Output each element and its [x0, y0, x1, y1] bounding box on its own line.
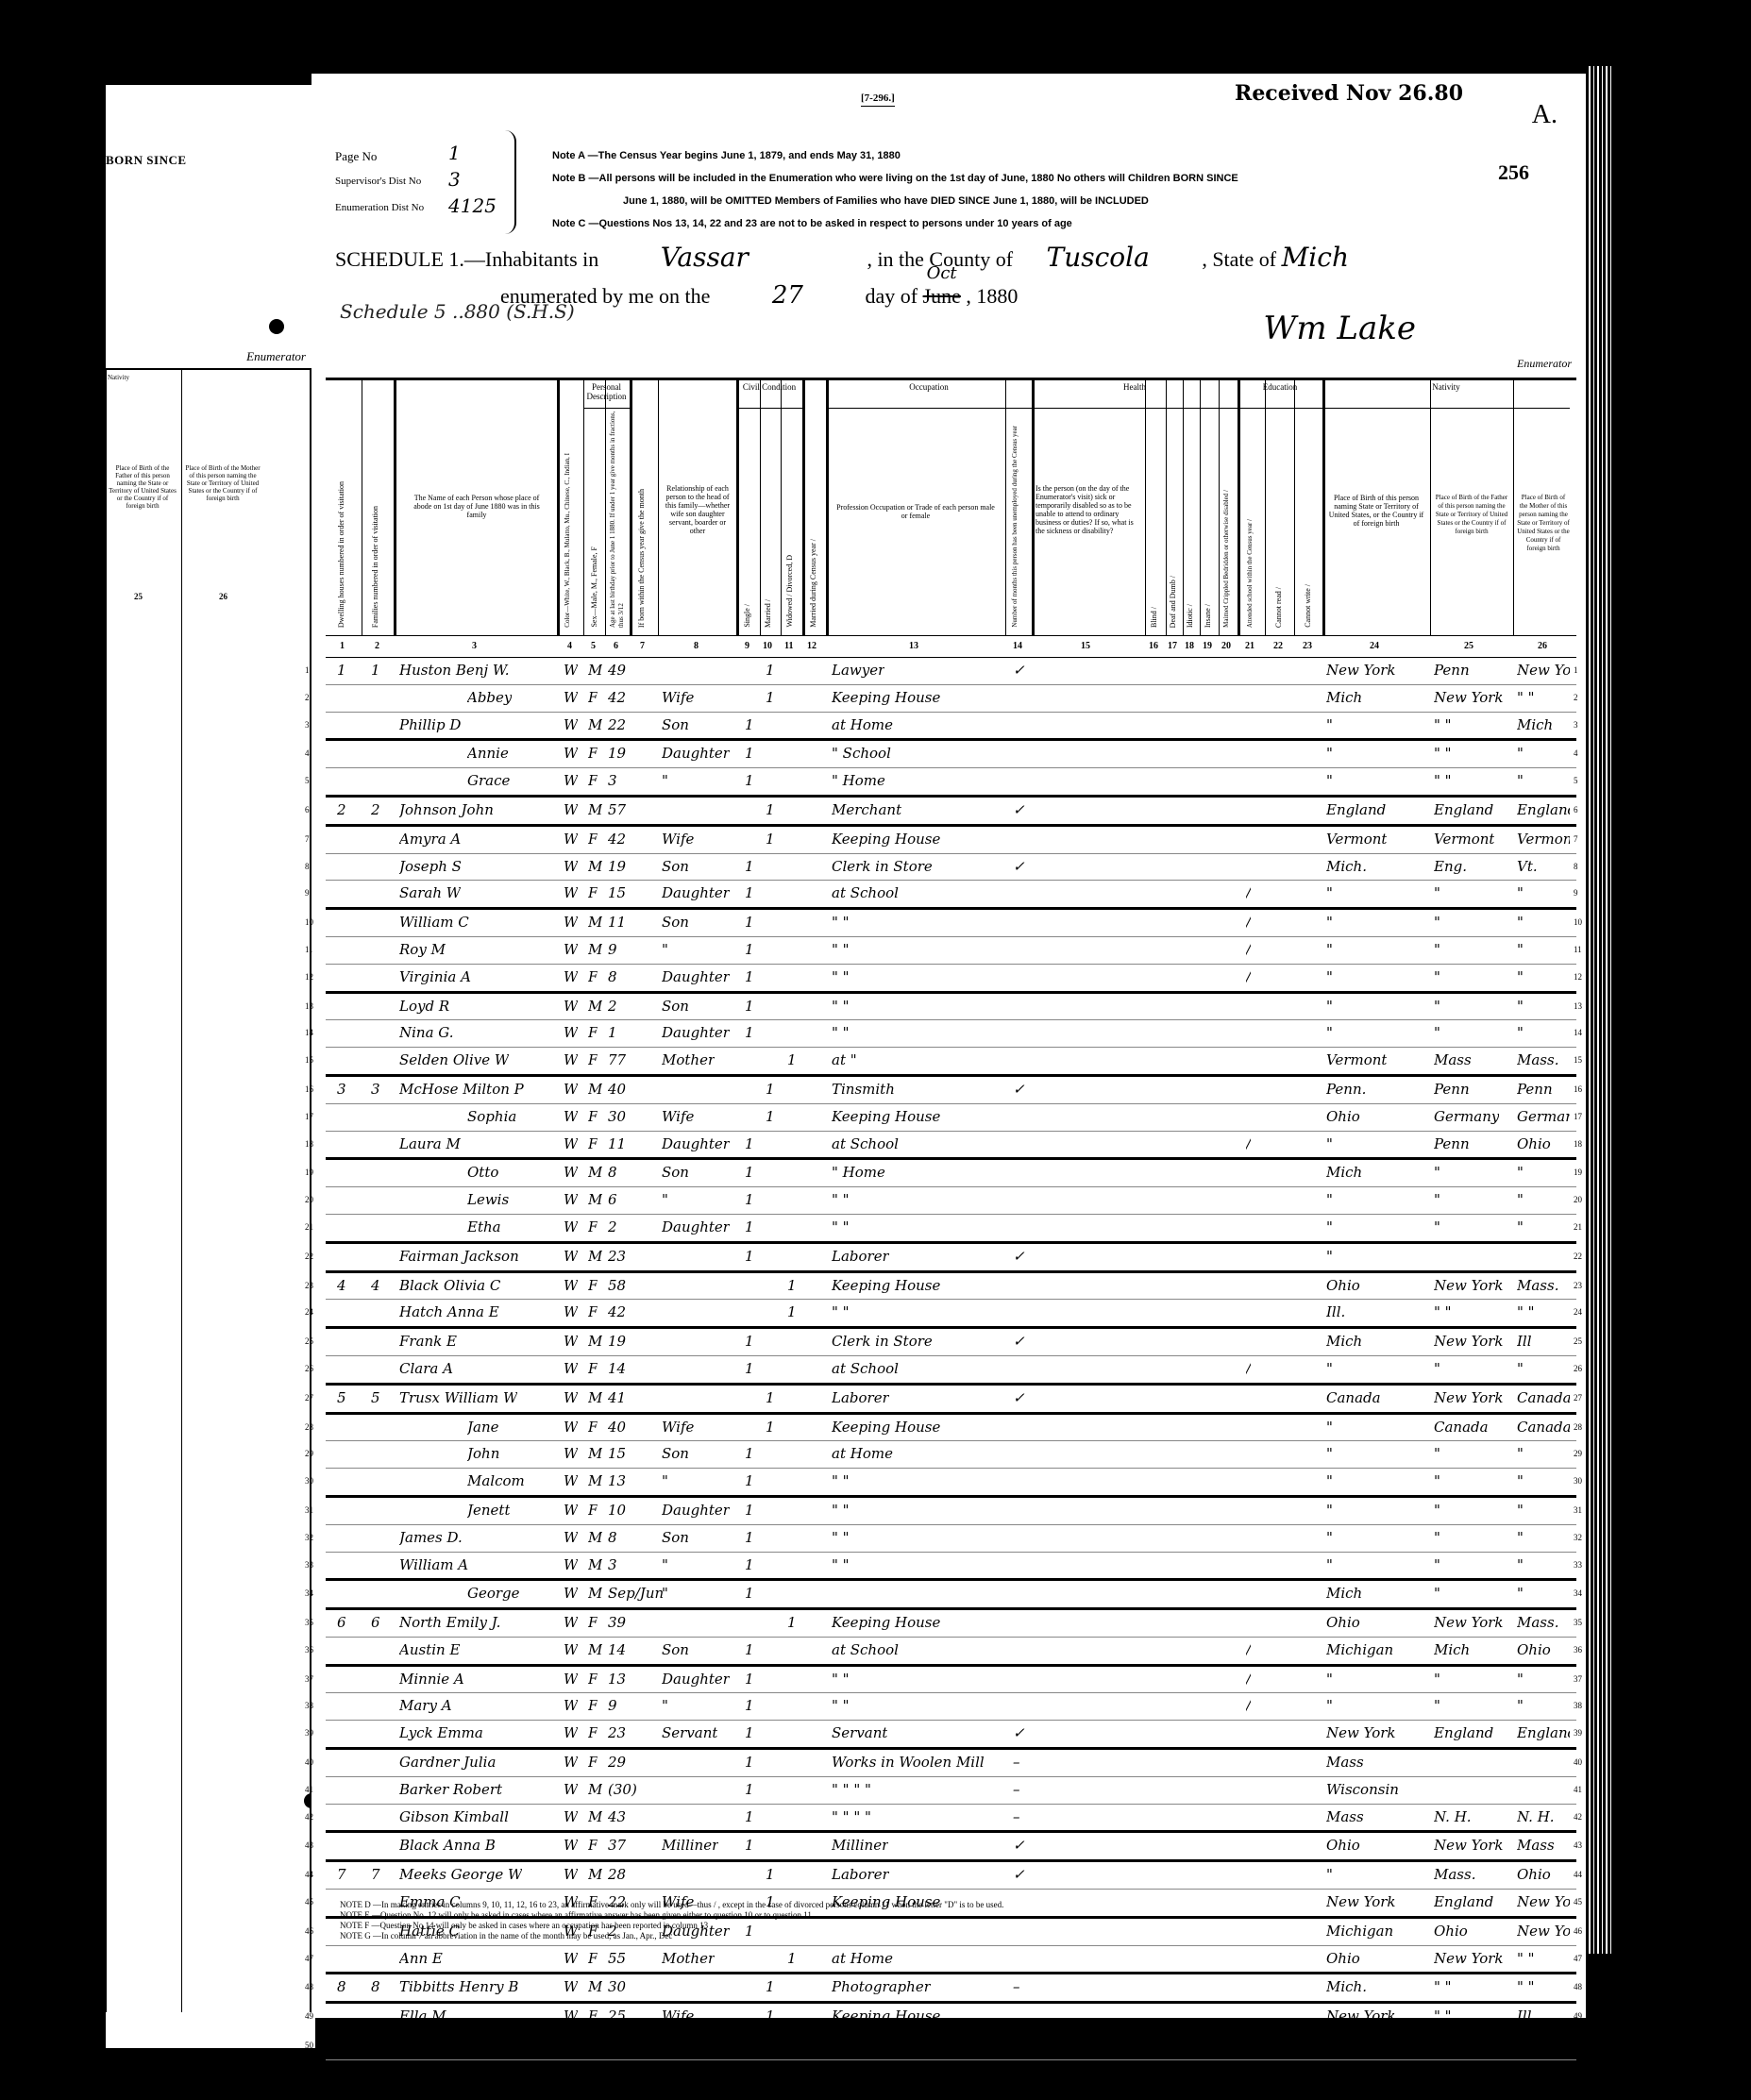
binding-hole [269, 319, 284, 334]
table-row: 1010William CWM11Son1" "/""" [326, 910, 1576, 937]
color-value: W [564, 1051, 578, 1068]
father-birthplace-value: New York [1434, 1277, 1504, 1294]
age-value: 6 [608, 1191, 617, 1208]
book-spine-edge [1586, 66, 1612, 1954]
age-value: 19 [608, 745, 626, 762]
occupation-value: Clerk in Store [832, 1333, 933, 1350]
father-birthplace-value: " [1434, 1556, 1440, 1573]
person-name: Tibbitts Henry B [399, 1978, 518, 1995]
occupation-value: " " [832, 1024, 850, 1041]
state-prefix: , State of [1202, 247, 1276, 271]
header-c1: Dwelling houses numbered in order of vis… [337, 481, 345, 628]
single-mark: 1 [745, 1333, 754, 1350]
mother-birthplace-value: " " [1517, 1303, 1535, 1320]
father-birthplace-value: Ohio [1434, 1923, 1468, 1940]
line-number: 22 [305, 1252, 313, 1261]
relationship-value: Milliner [662, 1837, 718, 1854]
school-mark: / [1246, 968, 1251, 985]
supervisor-dist-value: 3 [448, 168, 461, 191]
line-number: 10 [305, 917, 313, 927]
person-name: Loyd R [399, 998, 449, 1015]
line-number: 9 [305, 888, 310, 898]
note-d: NOTE D —In making entries in columns 9, … [340, 1900, 1003, 1910]
single-mark: 1 [745, 1360, 754, 1377]
dwelling-number: 6 [337, 1614, 346, 1631]
age-value: 23 [608, 1724, 626, 1741]
father-birthplace-value: " [1434, 1697, 1440, 1714]
table-row: 3838Mary AWF9"1" "/""" [326, 1693, 1576, 1721]
header-c19: Insane / [1204, 604, 1212, 628]
line-number-right: 28 [1574, 1422, 1582, 1432]
age-value: (57) [608, 2037, 637, 2054]
mother-birthplace-value: Germany [1517, 1108, 1570, 1125]
table-row: 232344Black Olivia CWF581Keeping HouseOh… [326, 1273, 1576, 1301]
age-value: 42 [608, 1303, 626, 1320]
occupation-value: " " [832, 1218, 850, 1235]
sex-value: F [588, 1108, 598, 1125]
occupation-value: Works in Woolen Mill [832, 1754, 985, 1771]
group-health: Health [1032, 380, 1237, 409]
age-value: 40 [608, 1419, 626, 1436]
color-value: W [564, 1218, 578, 1235]
header-c17: Deaf and Dumb / [1169, 576, 1177, 628]
line-number-right: 6 [1574, 805, 1578, 815]
relationship-value: Son [662, 914, 689, 931]
unemployed-mark: ✓ [1013, 1248, 1025, 1265]
color-value: W [564, 1837, 578, 1854]
mother-birthplace-value: Ill [1517, 1333, 1532, 1350]
mother-birthplace-value: " [1517, 1671, 1524, 1688]
mother-birthplace-value: Ill [1517, 2008, 1532, 2024]
table-row: 272755Trusx William WWM411Laborer✓Canada… [326, 1386, 1576, 1415]
table-row: 3232James D.WM8Son1" """" [326, 1525, 1576, 1553]
table-row: 1414Nina G.WF1Daughter1" """" [326, 1020, 1576, 1048]
married-mark: 1 [766, 2008, 775, 2024]
header-c14: Number of months this person has been un… [1011, 426, 1019, 628]
person-name: Etha [467, 1218, 501, 1235]
single-mark: 1 [745, 998, 754, 1015]
line-number-right: 38 [1574, 1701, 1582, 1710]
mother-birthplace-value: " [1517, 1024, 1524, 1041]
occupation-value: at School [832, 1135, 899, 1152]
family-number: 7 [371, 1866, 380, 1883]
birthplace-value: " [1326, 1191, 1333, 1208]
table-row: 353566North Emily J.WF391Keeping HouseOh… [326, 1610, 1576, 1638]
table-row: 444477Meeks George WWM281Laborer✓"Mass.O… [326, 1862, 1576, 1890]
father-birthplace-value: " [1434, 1360, 1440, 1377]
header-c4: Color—White, W., Black, B., Mulatto, Mu.… [564, 453, 572, 628]
person-name: Otto [467, 1164, 498, 1181]
line-number: 15 [305, 1055, 313, 1065]
table-row: 2525Frank EWM191Clerk in Store✓MichNew Y… [326, 1329, 1576, 1356]
enumerator-signature: Wm Lake [1263, 310, 1416, 347]
relationship-value: " [662, 1585, 668, 1602]
note-a: Note A —The Census Year begins June 1, 1… [552, 144, 1238, 167]
color-value: W [564, 1671, 578, 1688]
mother-birthplace-value: N. H. [1517, 1808, 1555, 1825]
table-row: 3333William AWM3"1" """" [326, 1553, 1576, 1582]
colnum: 14 [1013, 641, 1022, 651]
header-c21: Attended school within the Census year / [1246, 519, 1254, 628]
single-mark: 1 [745, 772, 754, 789]
birthplace-value: New York [1326, 2008, 1396, 2024]
relationship-value: " [662, 772, 668, 789]
mother-birthplace-value: New York [1517, 1893, 1570, 1910]
mother-birthplace-value: " [1517, 772, 1524, 789]
occupation-value: Keeping House [832, 2008, 940, 2024]
family-number: 8 [371, 1978, 380, 1995]
birthplace-value: Vermont [1326, 831, 1387, 848]
header-c23: Cannot write / [1304, 584, 1312, 628]
age-value: 49 [608, 662, 626, 679]
age-value: 2 [608, 998, 617, 1015]
occupation-value: Keeping House [832, 1277, 940, 1294]
family-number: 6 [371, 1614, 380, 1631]
sex-value: M [588, 1781, 602, 1798]
table-row: 1515Selden Olive WWF77Mother1at "Vermont… [326, 1048, 1576, 1077]
family-number: 1 [371, 662, 380, 679]
occupation-value: " Home [832, 772, 885, 789]
line-number: 39 [305, 1728, 313, 1738]
single-mark: 1 [745, 1529, 754, 1546]
relationship-value: Daughter [662, 745, 730, 762]
dwelling-number: 7 [337, 1866, 346, 1883]
table-row: 1313Loyd RWM2Son1" """" [326, 994, 1576, 1021]
color-value: W [564, 1697, 578, 1714]
line-number-right: 15 [1574, 1055, 1582, 1065]
father-birthplace-value: New York [1434, 1950, 1504, 1967]
sex-value: F [588, 884, 598, 901]
unemployed-mark: ✓ [1013, 2037, 1025, 2054]
married-mark: 1 [766, 1108, 775, 1125]
father-birthplace-value: N. H. [1434, 1808, 1472, 1825]
widowed-mark: 1 [787, 1303, 797, 1320]
occupation-value: " " [832, 1191, 850, 1208]
father-birthplace-value: New York [1434, 1614, 1504, 1631]
note-c: Note C —Questions Nos 13, 14, 22 and 23 … [552, 212, 1238, 235]
color-value: W [564, 998, 578, 1015]
line-number-right: 19 [1574, 1168, 1582, 1177]
birthplace-value: " [1326, 772, 1333, 789]
line-number: 2 [305, 693, 310, 702]
table-row: 3131JenettWF10Daughter1" """" [326, 1498, 1576, 1525]
table-row: 2828JaneWF40Wife1Keeping House"CanadaCan… [326, 1415, 1576, 1442]
color-value: W [564, 941, 578, 958]
line-number: 8 [305, 862, 310, 871]
occupation-value: " School [832, 745, 891, 762]
sex-value: F [588, 745, 598, 762]
color-value: W [564, 662, 578, 679]
line-number-right: 25 [1574, 1336, 1582, 1346]
line-number-right: 29 [1574, 1449, 1582, 1458]
married-mark: 1 [766, 689, 775, 706]
mother-birthplace-value: " [1517, 1218, 1524, 1235]
sheet-letter: A. [1532, 100, 1557, 130]
father-birthplace-value: Mass. [1434, 1866, 1475, 1883]
father-birthplace-value: " " [1434, 1978, 1452, 1995]
line-number: 13 [305, 1001, 313, 1011]
father-birthplace-value: England [1434, 1724, 1493, 1741]
line-number-right: 34 [1574, 1588, 1582, 1598]
colnum: 9 [745, 641, 749, 651]
table-row: 2020LewisWM6"1" """" [326, 1187, 1576, 1215]
age-value: 10 [608, 1502, 626, 1519]
mother-birthplace-value: Mass. [1517, 1277, 1558, 1294]
mother-birthplace-value: " " [1517, 1950, 1535, 1967]
age-value: 8 [608, 1164, 617, 1181]
line-number-right: 40 [1574, 1757, 1582, 1767]
left-page-enumerator-label: Enumerator [246, 349, 306, 364]
person-name: Minnie A [399, 1671, 464, 1688]
table-row: 4747Ann EWF55Mother1at HomeOhioNew York"… [326, 1946, 1576, 1975]
person-name: Johnson John [399, 801, 494, 818]
family-number: 5 [371, 1389, 380, 1406]
table-row: 505099Maxwell Geo. CWM(57)1Laborer✓" "" … [326, 2033, 1576, 2060]
line-number: 11 [305, 945, 313, 954]
line-number: 44 [305, 1870, 313, 1879]
single-mark: 1 [745, 1191, 754, 1208]
colnum: 3 [472, 641, 477, 651]
color-value: W [564, 1866, 578, 1883]
line-number-right: 39 [1574, 1728, 1582, 1738]
mother-birthplace-value: " [1517, 941, 1524, 958]
line-number-right: 7 [1574, 834, 1578, 844]
occupation-value: at " [832, 1051, 857, 1068]
father-birthplace-value: Penn [1434, 662, 1470, 679]
relationship-value: Son [662, 858, 689, 875]
town-value: Vassar [661, 242, 749, 273]
birthplace-value: Ohio [1326, 1614, 1360, 1631]
age-value: 23 [608, 1248, 626, 1265]
note-g: NOTE G —In column 7 an abbreviation in t… [340, 1931, 1003, 1941]
header-c25: Place of Birth of the Father of this per… [1434, 494, 1509, 536]
colnum: 20 [1221, 641, 1231, 651]
color-value: W [564, 1081, 578, 1098]
married-mark: 1 [766, 801, 775, 818]
occupation-value: Tinsmith [832, 1081, 895, 1098]
form-number: [7-296.] [861, 92, 895, 107]
mother-birthplace-value: " [1517, 1585, 1524, 1602]
birthplace-value: Mich [1326, 689, 1362, 706]
census-page: Received Nov 26.80 [7-296.] A. 256 Page … [311, 74, 1586, 2018]
birthplace-value: " [1326, 968, 1333, 985]
table-row: 4343Black Anna BWF37Milliner1Milliner✓Oh… [326, 1833, 1576, 1862]
father-birthplace-value: " " [1434, 1303, 1452, 1320]
table-row: 1818Laura MWF11Daughter1at School/"PennO… [326, 1132, 1576, 1161]
person-name: William A [399, 1556, 468, 1573]
birthplace-value: " [1326, 1248, 1333, 1265]
occupation-value: " " [832, 998, 850, 1015]
line-number: 1 [305, 665, 310, 675]
single-mark: 1 [745, 716, 754, 733]
line-number-right: 9 [1574, 888, 1578, 898]
single-mark: 1 [745, 1135, 754, 1152]
birthplace-value: " [1326, 1218, 1333, 1235]
school-mark: / [1246, 941, 1251, 958]
header-c13: Profession Occupation or Trade of each p… [835, 503, 996, 520]
sex-value: M [588, 1333, 602, 1350]
line-number-right: 43 [1574, 1840, 1582, 1850]
occupation-value: Laborer [832, 2037, 889, 2054]
mother-birthplace-value: Ohio [1517, 1866, 1551, 1883]
left-page-col25-header: Place of Birth of the Father of this per… [108, 464, 177, 510]
age-value: 3 [608, 772, 617, 789]
father-birthplace-value: " [1434, 1445, 1440, 1462]
mother-birthplace-value: Vt. [1517, 858, 1538, 875]
sex-value: M [588, 1978, 602, 1995]
father-birthplace-value: Mich [1434, 1641, 1470, 1658]
occupation-value: at School [832, 1360, 899, 1377]
single-mark: 1 [745, 941, 754, 958]
sex-value: M [588, 1808, 602, 1825]
father-birthplace-value: Vermont [1434, 831, 1494, 848]
sex-value: M [588, 1556, 602, 1573]
unemployed-mark: ✓ [1013, 1333, 1025, 1350]
sex-value: M [588, 2037, 602, 2054]
married-mark: 1 [766, 662, 775, 679]
dwelling-number: 4 [337, 1277, 346, 1294]
family-number: 3 [371, 1081, 380, 1098]
sex-value: F [588, 1135, 598, 1152]
color-value: W [564, 1248, 578, 1265]
occupation-value: Laborer [832, 1389, 889, 1406]
header-c18: Idiotic / [1186, 604, 1194, 628]
color-value: W [564, 1502, 578, 1519]
state-value: Mich [1282, 242, 1349, 273]
line-number-right: 1 [1574, 665, 1578, 675]
mother-birthplace-value: Vermont [1517, 831, 1570, 848]
line-number-right: 27 [1574, 1393, 1582, 1403]
sex-value: F [588, 831, 598, 848]
birthplace-value: " [1326, 1135, 1333, 1152]
table-row: 4040Gardner JuliaWF291Works in Woolen Mi… [326, 1750, 1576, 1777]
header-c11: Widowed / Divorced, D [785, 555, 794, 628]
color-value: W [564, 1781, 578, 1798]
table-row: 99Sarah WWF15Daughter1at School/""" [326, 881, 1576, 910]
age-value: 22 [608, 716, 626, 733]
line-number-right: 5 [1574, 776, 1578, 785]
line-number-right: 41 [1574, 1785, 1582, 1794]
person-name: John [467, 1445, 499, 1462]
occupation-value: Keeping House [832, 831, 940, 848]
line-number: 46 [305, 1926, 313, 1936]
mother-birthplace-value: Penn [1517, 1081, 1553, 1098]
occupation-value: Keeping House [832, 1419, 940, 1436]
line-number-right: 42 [1574, 1812, 1582, 1822]
left-page-col26-num: 26 [219, 593, 227, 600]
table-row: 2121EthaWF2Daughter1" """" [326, 1215, 1576, 1244]
line-number: 49 [305, 2011, 313, 2021]
sex-value: F [588, 968, 598, 985]
birthplace-value: " " [1326, 2037, 1344, 2054]
color-value: W [564, 1024, 578, 1041]
line-number: 48 [305, 1982, 313, 1991]
enumeration-label: Enumeration Dist No [335, 202, 424, 213]
single-mark: 1 [745, 858, 754, 875]
line-number: 4 [305, 748, 310, 758]
line-number: 40 [305, 1757, 313, 1767]
colnum: 23 [1303, 641, 1312, 651]
birthplace-value: New York [1326, 662, 1396, 679]
header-c15: Is the person (on the day of the Enumera… [1035, 484, 1141, 535]
sex-value: M [588, 1529, 602, 1546]
color-value: W [564, 801, 578, 818]
father-birthplace-value: New York [1434, 689, 1504, 706]
age-value: 8 [608, 1529, 617, 1546]
relationship-value: Wife [662, 2008, 694, 2024]
colnum: 6 [614, 641, 618, 651]
table-row: 3030MalcomWM13"1" """" [326, 1469, 1576, 1498]
person-name: Laura M [399, 1135, 461, 1152]
person-name: Fairman Jackson [399, 1248, 519, 1265]
table-row: 2424Hatch Anna EWF421" "Ill." "" " [326, 1300, 1576, 1329]
person-name: Virginia A [399, 968, 471, 985]
mother-birthplace-value: Mass [1517, 1837, 1555, 1854]
father-birthplace-value: " [1434, 1218, 1440, 1235]
father-birthplace-value: " [1434, 1191, 1440, 1208]
mother-birthplace-value: Conn [1517, 2037, 1555, 2054]
sex-value: M [588, 1248, 602, 1265]
page-no-label: Page No [335, 149, 377, 163]
mother-birthplace-value: " [1517, 1191, 1524, 1208]
district-info: Page No1 Supervisor's Dist No3 Enumerati… [335, 149, 424, 228]
received-stamp: Received Nov 26.80 [1235, 81, 1463, 106]
occupation-value: " " [832, 1502, 850, 1519]
relationship-value: Son [662, 1641, 689, 1658]
birthplace-value: " [1326, 745, 1333, 762]
father-birthplace-value: Canada [1434, 1419, 1489, 1436]
school-mark: / [1246, 1641, 1251, 1658]
header-c16: Blind / [1150, 607, 1158, 628]
married-mark: 1 [766, 1081, 775, 1098]
color-value: W [564, 1303, 578, 1320]
line-number-right: 36 [1574, 1645, 1582, 1655]
line-number-right: 33 [1574, 1560, 1582, 1570]
school-mark: / [1246, 1671, 1251, 1688]
birthplace-value: England [1326, 801, 1386, 818]
relationship-value: " [662, 1472, 668, 1489]
line-number-right: 45 [1574, 1897, 1582, 1907]
mother-birthplace-value: Ohio [1517, 1641, 1551, 1658]
birthplace-value: " [1326, 1671, 1333, 1688]
line-number-right: 32 [1574, 1533, 1582, 1542]
birthplace-value: Mass [1326, 1808, 1364, 1825]
father-birthplace-value: " " [1434, 2008, 1452, 2024]
relationship-value: " [662, 941, 668, 958]
person-name: Abbey [467, 689, 512, 706]
dwelling-number: 8 [337, 1978, 346, 1995]
age-value: Sep/Jun [608, 1585, 664, 1602]
unemployed-mark: – [1013, 1754, 1020, 1771]
relationship-value: Daughter [662, 1671, 730, 1688]
color-value: W [564, 1808, 578, 1825]
mother-birthplace-value: " " [1517, 1978, 1535, 1995]
birthplace-value: " [1326, 1556, 1333, 1573]
occupation-value: " " [832, 1556, 850, 1573]
occupation-value: Milliner [832, 1837, 888, 1854]
color-value: W [564, 1529, 578, 1546]
color-value: W [564, 716, 578, 733]
father-birthplace-value: New York [1434, 1837, 1504, 1854]
line-number-right: 13 [1574, 1001, 1582, 1011]
single-mark: 1 [745, 914, 754, 931]
sex-value: F [588, 689, 598, 706]
color-value: W [564, 1754, 578, 1771]
mother-birthplace-value: England [1517, 1724, 1570, 1741]
single-mark: 1 [745, 1781, 754, 1798]
line-number-right: 2 [1574, 693, 1578, 702]
person-name: Meeks George W [399, 1866, 522, 1883]
